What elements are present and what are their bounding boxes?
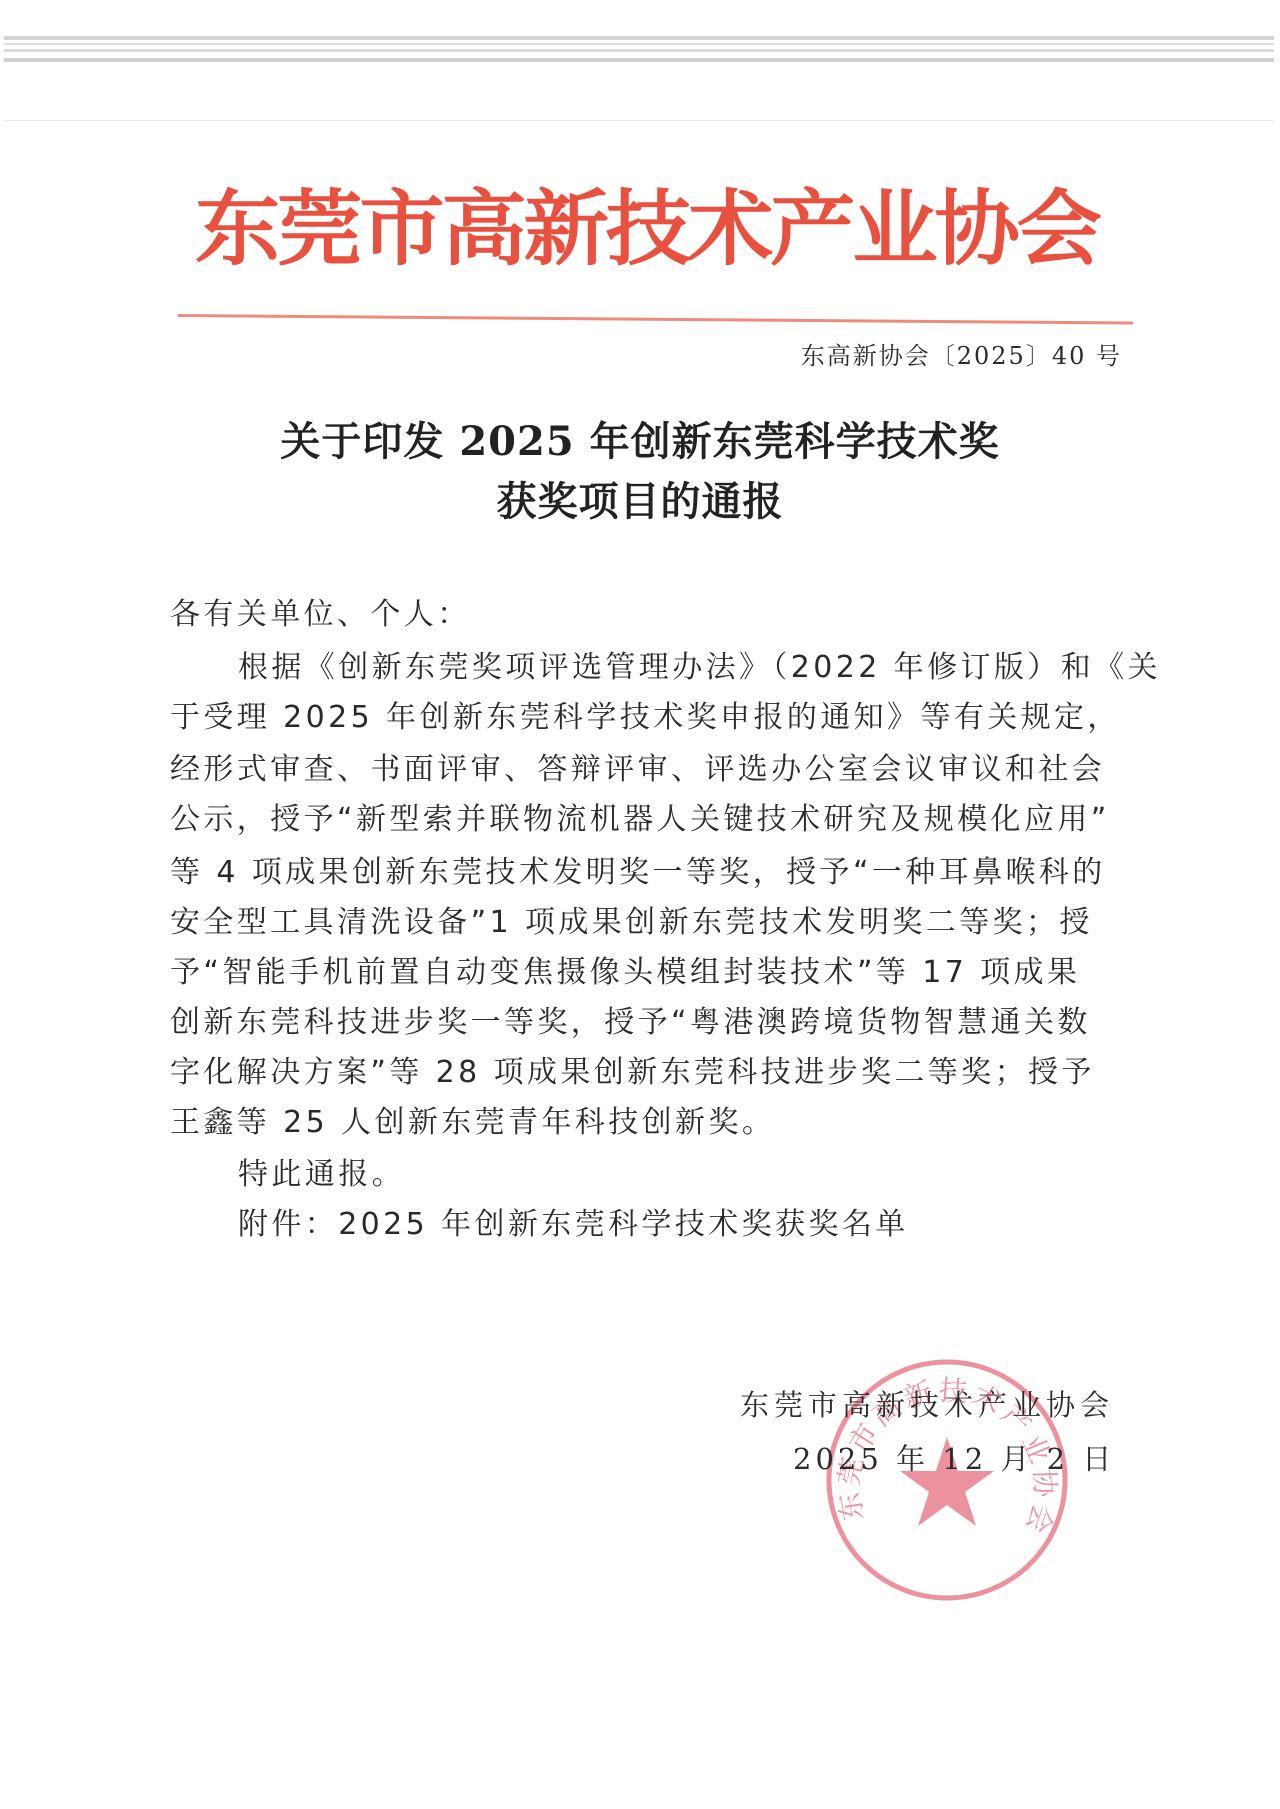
- scan-line: [4, 36, 1274, 40]
- scan-line: [4, 49, 1274, 52]
- document-title-line-1: 关于印发 2025 年创新东莞科学技术奖: [0, 410, 1280, 467]
- paragraph-line: 字化解决方案”等 28 项成果创新东莞科技进步奖二等奖；授予: [170, 1053, 1095, 1093]
- closing-statement: 特此通报。: [238, 1155, 405, 1195]
- attachment-reference[interactable]: 附件：2025 年创新东莞科学技术奖获奖名单: [238, 1205, 909, 1245]
- paragraph-line: 王鑫等 25 人创新东莞青年科技创新奖。: [170, 1103, 775, 1143]
- paragraph-line: 予“智能手机前置自动变焦摄像头模组封装技术”等 17 项成果: [170, 953, 1080, 993]
- paragraph-line: 公示，授予“新型索并联物流机器人关键技术研究及规模化应用”: [170, 800, 1110, 840]
- paragraph-line: 等 4 项成果创新东莞技术发明奖一等奖，授予“一种耳鼻喉科的: [170, 853, 1106, 893]
- document-title-line-2: 获奖项目的通报: [0, 470, 1280, 527]
- salutation: 各有关单位、个人：: [170, 595, 471, 635]
- paragraph-line: 于受理 2025 年创新东莞科学技术奖申报的通知》等有关规定，: [170, 698, 1121, 738]
- scan-artifact: [0, 0, 1280, 70]
- paragraph-line: 安全型工具清洗设备”1 项成果创新东莞技术发明奖二等奖；授: [170, 903, 1093, 943]
- organization-masthead: 东莞市高新技术产业协会: [195, 180, 1173, 280]
- paragraph-line: 经形式审查、书面评审、答辩评审、评选办公室会议审议和社会: [170, 750, 1105, 790]
- paragraph-line: 根据《创新东莞奖项评选管理办法》（2022 年修订版）和《关: [238, 648, 1161, 688]
- scan-line: [4, 120, 1274, 121]
- paragraph-line: 创新东莞科技进步奖一等奖，授予“粤港澳跨境货物智慧通关数: [170, 1003, 1091, 1043]
- signature-organization: 东莞市高新技术产业协会: [740, 1383, 1114, 1424]
- red-divider: [178, 314, 1133, 325]
- signature-date: 2025 年 12 月 2 日: [793, 1437, 1115, 1478]
- scan-line: [4, 43, 1274, 45]
- scan-line: [4, 58, 1274, 62]
- document-number: 东高新协会〔2025〕40 号: [801, 336, 1122, 371]
